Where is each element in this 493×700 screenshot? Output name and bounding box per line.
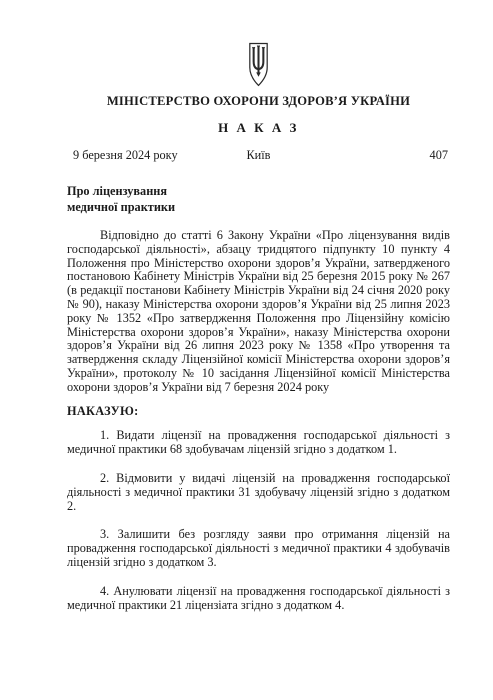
ukraine-trident-emblem-icon (247, 42, 270, 88)
order-item-2: 2. Відмовити у видачі ліцензій на провад… (67, 472, 450, 513)
order-item-4: 4. Анулювати ліцензії на провадження гос… (67, 585, 450, 613)
emblem-container (67, 42, 450, 93)
order-city: Київ (246, 148, 270, 163)
preamble-paragraph: Відповідно до статті 6 Закону України «П… (67, 229, 450, 395)
order-heading: НАКАЗУЮ: (67, 405, 450, 419)
ministry-name: МІНІСТЕРСТВО ОХОРОНИ ЗДОРОВ’Я УКРАЇНИ (67, 94, 450, 109)
order-number: 407 (271, 148, 451, 163)
document-type-title: Н А К А З (67, 120, 450, 136)
order-subject: Про ліцензування медичної практики (67, 184, 450, 215)
order-subject-line1: Про ліцензування (67, 184, 450, 200)
order-document-page: МІНІСТЕРСТВО ОХОРОНИ ЗДОРОВ’Я УКРАЇНИ Н … (0, 0, 493, 700)
order-item-1: 1. Видати ліцензії на провадження господ… (67, 429, 450, 457)
order-date: 9 березня 2024 року (67, 148, 246, 163)
order-subject-line2: медичної практики (67, 200, 450, 216)
order-meta-row: 9 березня 2024 року Київ 407 (67, 148, 450, 163)
order-body: Відповідно до статті 6 Закону України «П… (67, 229, 450, 612)
order-item-3: 3. Залишити без розгляду заяви про отрим… (67, 528, 450, 569)
